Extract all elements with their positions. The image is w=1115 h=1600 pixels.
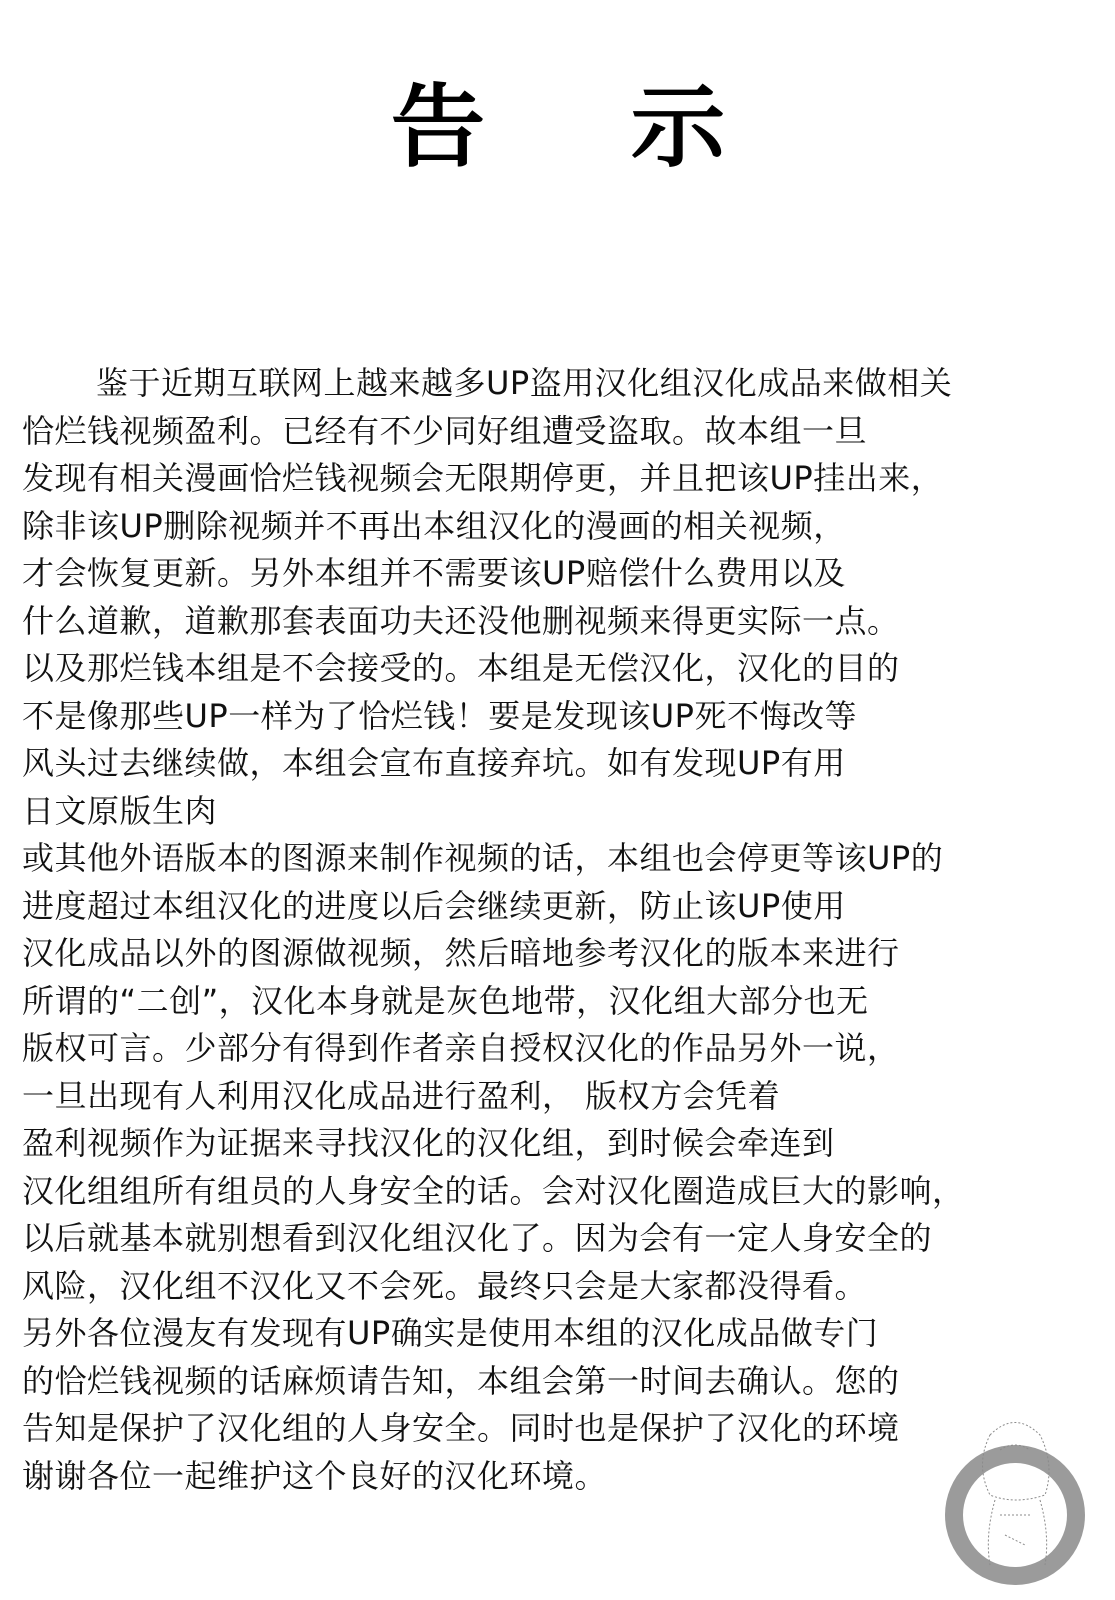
notice-title: 告 示: [0, 78, 1115, 178]
body-line: 谢谢各位一起维护这个良好的汉化环境。: [22, 1453, 1102, 1501]
body-line: 发现有相关漫画恰烂钱视频会无限期停更，并且把该UP挂出来，: [22, 455, 1102, 503]
title-char-2: 示: [630, 78, 725, 178]
body-line: 进度超过本组汉化的进度以后会继续更新，防止该UP使用: [22, 883, 1102, 931]
body-line: 风头过去继续做，本组会宣布直接弃坑。如有发现UP有用: [22, 740, 1102, 788]
body-line: 另外各位漫友有发现有UP确实是使用本组的汉化成品做专门: [22, 1310, 1102, 1358]
notice-body: 鉴于近期互联网上越来越多UP盗用汉化组汉化成品来做相关 恰烂钱视频盈利。已经有不…: [22, 360, 1102, 1500]
group-seal-logo: [945, 1445, 1085, 1585]
body-line: 不是像那些UP一样为了恰烂钱！要是发现该UP死不悔改等: [22, 693, 1102, 741]
body-line: 盈利视频作为证据来寻找汉化的汉化组，到时候会牵连到: [22, 1120, 1102, 1168]
body-line: 告知是保护了汉化组的人身安全。同时也是保护了汉化的环境: [22, 1405, 1102, 1453]
character-sketch-icon: [945, 1405, 1085, 1585]
body-line: 除非该UP删除视频并不再出本组汉化的漫画的相关视频，: [22, 503, 1102, 551]
body-line: 什么道歉，道歉那套表面功夫还没他删视频来得更实际一点。: [22, 598, 1102, 646]
body-line: 恰烂钱视频盈利。已经有不少同好组遭受盗取。故本组一旦: [22, 408, 1102, 456]
body-line: 以后就基本就别想看到汉化组汉化了。因为会有一定人身安全的: [22, 1215, 1102, 1263]
body-line: 鉴于近期互联网上越来越多UP盗用汉化组汉化成品来做相关: [22, 360, 1102, 408]
body-line: 风险，汉化组不汉化又不会死。最终只会是大家都没得看。: [22, 1263, 1102, 1311]
body-line: 汉化组组所有组员的人身安全的话。会对汉化圈造成巨大的影响，: [22, 1168, 1102, 1216]
body-line: 以及那烂钱本组是不会接受的。本组是无偿汉化，汉化的目的: [22, 645, 1102, 693]
body-line: 所谓的“二创”，汉化本身就是灰色地带，汉化组大部分也无: [22, 978, 1102, 1026]
body-line: 才会恢复更新。另外本组并不需要该UP赔偿什么费用以及: [22, 550, 1102, 598]
body-line: 的恰烂钱视频的话麻烦请告知，本组会第一时间去确认。您的: [22, 1358, 1102, 1406]
title-char-1: 告: [390, 78, 485, 178]
body-line: 版权可言。少部分有得到作者亲自授权汉化的作品另外一说，: [22, 1025, 1102, 1073]
body-line: 日文原版生肉: [22, 788, 1102, 836]
body-line: 或其他外语版本的图源来制作视频的话，本组也会停更等该UP的: [22, 835, 1102, 883]
body-line: 一旦出现有人利用汉化成品进行盈利， 版权方会凭着: [22, 1073, 1102, 1121]
body-line: 汉化成品以外的图源做视频，然后暗地参考汉化的版本来进行: [22, 930, 1102, 978]
